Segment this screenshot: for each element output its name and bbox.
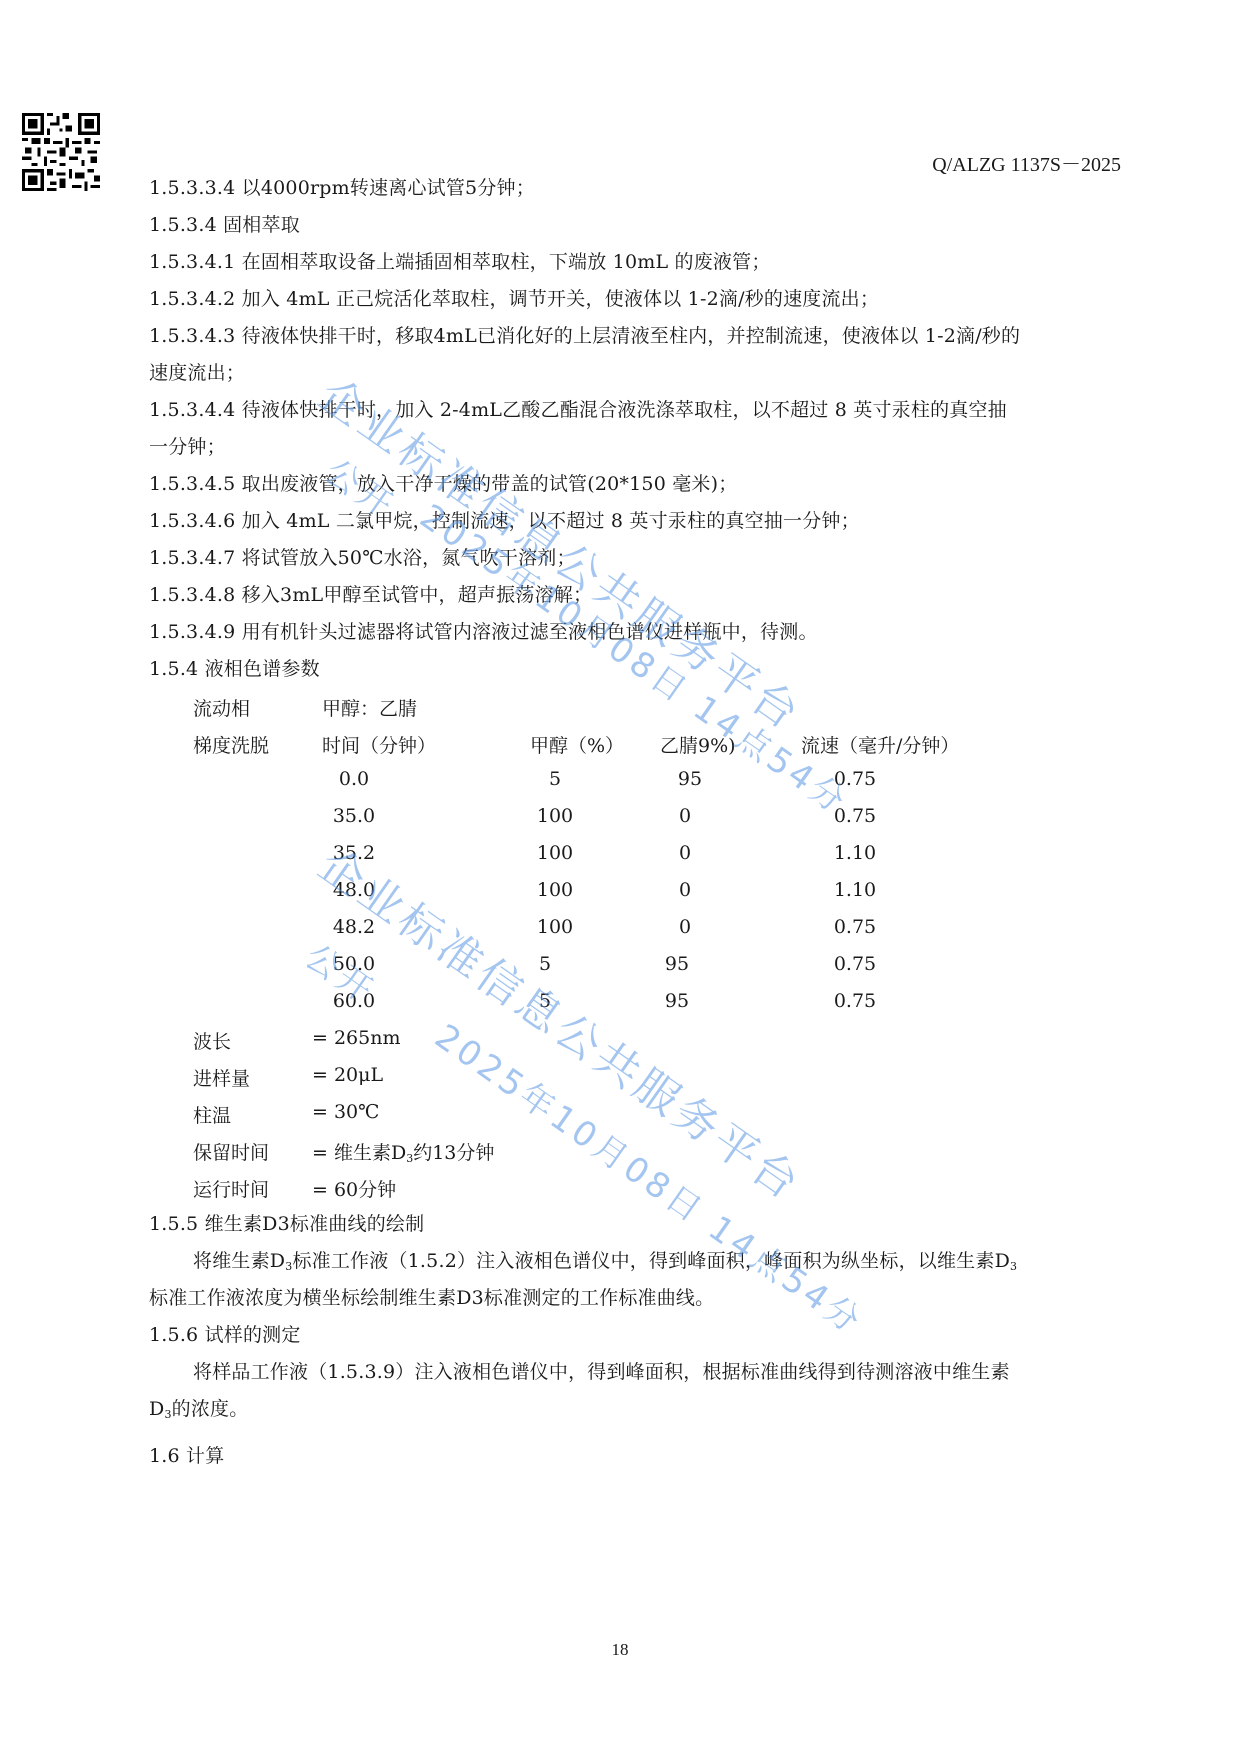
cell-flow: 1.10 bbox=[815, 879, 895, 901]
mobile-phase-label: 流动相 bbox=[193, 694, 250, 721]
cell-time: 48.2 bbox=[314, 916, 394, 938]
cell-flow: 0.75 bbox=[815, 990, 895, 1012]
text: 的浓度。 bbox=[172, 1398, 249, 1420]
step-1-5-3-4-1: 1.5.3.4.1 在固相萃取设备上端插固相萃取柱，下端放 10mL 的废液管； bbox=[149, 250, 771, 274]
column-temp-label: 柱温 bbox=[193, 1101, 231, 1128]
cell-acetonitrile: 0 bbox=[645, 805, 725, 827]
cell-acetonitrile: 0 bbox=[645, 842, 725, 864]
cell-acetonitrile: 95 bbox=[637, 953, 717, 975]
gradient-label: 梯度洗脱 bbox=[193, 731, 269, 758]
wavelength-label: 波长 bbox=[193, 1027, 231, 1054]
cell-methanol: 5 bbox=[505, 953, 585, 975]
cell-acetonitrile: 95 bbox=[650, 768, 730, 790]
column-acetonitrile: 乙腈9%) bbox=[660, 731, 736, 758]
column-flow-rate: 流速（毫升/分钟） bbox=[801, 731, 959, 758]
cell-flow: 0.75 bbox=[815, 953, 895, 975]
cell-time: 50.0 bbox=[314, 953, 394, 975]
cell-flow: 0.75 bbox=[815, 768, 895, 790]
mobile-phase-value: 甲醇：乙腈 bbox=[322, 694, 417, 721]
cell-methanol: 100 bbox=[515, 842, 595, 864]
column-temp-value: = 30℃ bbox=[312, 1101, 379, 1123]
step-1-5-3-3-4: 1.5.3.3.4 以4000rpm转速离心试管5分钟； bbox=[149, 176, 535, 200]
cell-acetonitrile: 0 bbox=[645, 916, 725, 938]
step-1-5-3-4-7: 1.5.3.4.7 将试管放入50℃水浴，氮气吹干溶剂； bbox=[149, 546, 576, 570]
cell-flow: 1.10 bbox=[815, 842, 895, 864]
column-methanol: 甲醇（%） bbox=[530, 731, 624, 758]
cell-methanol: 100 bbox=[515, 916, 595, 938]
cell-time: 48.0 bbox=[314, 879, 394, 901]
cell-methanol: 5 bbox=[505, 990, 585, 1012]
step-1-5-3-4-4: 1.5.3.4.4 待液体快排干时，加入 2-4mL乙酸乙酯混合液洗涤萃取柱，以… bbox=[149, 398, 1007, 422]
heading-1-5-5: 1.5.5 维生素D3标准曲线的绘制 bbox=[149, 1212, 424, 1236]
step-1-5-3-4-5: 1.5.3.4.5 取出废液管，放入干净干燥的带盖的试管(20*150 毫米)； bbox=[149, 472, 737, 496]
injection-volume-value: = 20μL bbox=[312, 1064, 383, 1086]
wavelength-value: = 265nm bbox=[312, 1027, 400, 1049]
step-1-5-3-4-6: 1.5.3.4.6 加入 4mL 二氯甲烷，控制流速，以不超过 8 英寸汞柱的真… bbox=[149, 509, 860, 533]
heading-1-5-3-4: 1.5.3.4 固相萃取 bbox=[149, 213, 300, 237]
heading-1-6: 1.6 计算 bbox=[149, 1444, 224, 1468]
retention-time-value: = 维生素D3约13分钟 bbox=[312, 1138, 494, 1165]
document-code: Q/ALZG 1137S－2025 bbox=[932, 148, 1121, 177]
paragraph-1-5-5-line2: 标准工作液浓度为横坐标绘制维生素D3标准测定的工作标准曲线。 bbox=[149, 1286, 714, 1310]
heading-1-5-4: 1.5.4 液相色谱参数 bbox=[149, 657, 320, 681]
retention-text-post: 约13分钟 bbox=[413, 1142, 494, 1164]
step-1-5-3-4-8: 1.5.3.4.8 移入3mL甲醇至试管中，超声振荡溶解； bbox=[149, 583, 592, 607]
column-time: 时间（分钟） bbox=[322, 731, 436, 758]
text: 将维生素D bbox=[193, 1250, 285, 1272]
page-number: 18 bbox=[0, 1640, 1240, 1660]
text: 标准工作液（1.5.2）注入液相色谱仪中，得到峰面积，峰面积为纵坐标，以维生素D bbox=[292, 1250, 1010, 1272]
cell-methanol: 5 bbox=[515, 768, 595, 790]
cell-time: 35.0 bbox=[314, 805, 394, 827]
cell-time: 0.0 bbox=[314, 768, 394, 790]
step-1-5-3-4-9: 1.5.3.4.9 用有机针头过滤器将试管内溶液过滤至液相色谱仪进样瓶中，待测。 bbox=[149, 620, 818, 644]
subscript: 3 bbox=[164, 1408, 171, 1421]
run-time-label: 运行时间 bbox=[193, 1175, 269, 1202]
injection-volume-label: 进样量 bbox=[193, 1064, 250, 1091]
cell-acetonitrile: 95 bbox=[637, 990, 717, 1012]
step-1-5-3-4-3: 1.5.3.4.3 待液体快排干时，移取4mL已消化好的上层清液至柱内，并控制流… bbox=[149, 324, 1020, 348]
step-1-5-3-4-4-cont: 一分钟； bbox=[149, 435, 226, 459]
cell-methanol: 100 bbox=[515, 879, 595, 901]
cell-time: 35.2 bbox=[314, 842, 394, 864]
heading-1-5-6: 1.5.6 试样的测定 bbox=[149, 1323, 301, 1347]
step-1-5-3-4-2: 1.5.3.4.2 加入 4mL 正己烷活化萃取柱，调节开关，使液体以 1-2滴… bbox=[149, 287, 879, 311]
step-1-5-3-4-3-cont: 速度流出； bbox=[149, 361, 245, 385]
text: D bbox=[149, 1398, 164, 1420]
paragraph-1-5-6-line1: 将样品工作液（1.5.3.9）注入液相色谱仪中，得到峰面积，根据标准曲线得到待测… bbox=[193, 1360, 1010, 1384]
retention-text: = 维生素D bbox=[312, 1142, 406, 1164]
retention-time-label: 保留时间 bbox=[193, 1138, 269, 1165]
watermark-timestamp: 2025年10月08日 14点54分 bbox=[412, 490, 860, 824]
cell-acetonitrile: 0 bbox=[645, 879, 725, 901]
cell-flow: 0.75 bbox=[815, 916, 895, 938]
run-time-value: = 60分钟 bbox=[312, 1175, 396, 1202]
paragraph-1-5-5-line1: 将维生素D3标准工作液（1.5.2）注入液相色谱仪中，得到峰面积，峰面积为纵坐标… bbox=[193, 1249, 1017, 1279]
cell-time: 60.0 bbox=[314, 990, 394, 1012]
subscript: 3 bbox=[1010, 1260, 1017, 1273]
cell-flow: 0.75 bbox=[815, 805, 895, 827]
paragraph-1-5-6-line2: D3的浓度。 bbox=[149, 1397, 248, 1427]
qr-code-icon bbox=[22, 113, 100, 191]
cell-methanol: 100 bbox=[515, 805, 595, 827]
